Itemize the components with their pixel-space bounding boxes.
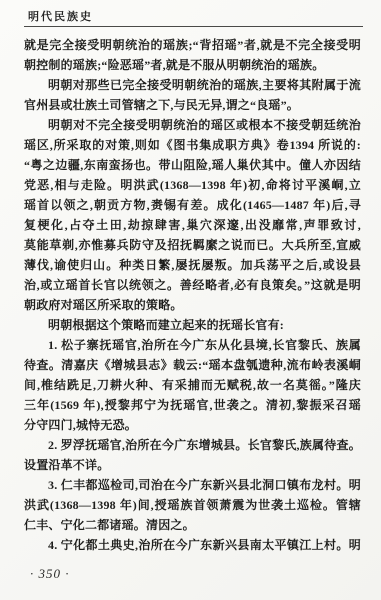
body-text: 就是完全接受明朝统治的瑶族;“背招瑶”者,就是不完全接受明 朝控制的瑶族;“险恶…: [24, 35, 361, 555]
book-page: 明代民族史 就是完全接受明朝统治的瑶族;“背招瑶”者,就是不完全接受明 朝控制的…: [0, 0, 381, 600]
text-line: 明朝对不完全接受明朝统治的瑶区或根本不接受朝廷统治的: [24, 115, 361, 135]
text-line: 3. 仁丰都巡检司,司治在今广东新兴县北洞口镇布龙村。明: [24, 475, 361, 495]
text-line: 间,椎结跣足,刀耕火种、有采捕而无赋税,故一名莫徭。”隆庆: [24, 375, 361, 395]
text-line: 2. 罗浮抚瑶官,治所在今广东增城县。长官黎氏,族属待查。: [24, 435, 361, 455]
text-line: 三年(1569 年),授黎邦宁为抚瑶官,世袭之。清初,黎振采召瑶: [24, 395, 361, 415]
text-line: 明朝根据这个策略而建立起来的抚瑶长官有:: [24, 315, 361, 335]
text-line: “粤之边疆,东南蛮扬也。带山阻险,瑶人巢伏其中。僮人亦因结: [24, 155, 361, 175]
text-line: 瑶区,所采取的对策,则如《图书集成职方典》卷1394 所说的:: [24, 135, 361, 155]
text-line: 官州县或壮族土司管辖之下,与民无异,谓之“良瑶”。: [24, 95, 361, 115]
text-line: 党恶,相与走险。明洪武(1368—1398 年)初,命将讨平溪峒,立: [24, 175, 361, 195]
text-line: 朝控制的瑶族;“险恶瑶”者,就是不服从明朝统治的瑶族。: [24, 55, 361, 75]
text-line: 瑶首以领之,朝贡方物,赉锡有差。成化(1465—1487 年)后,寻: [24, 195, 361, 215]
text-line: 待查。清嘉庆《增城县志》载云:“瑶本盘瓠遗种,流布岭表溪峒: [24, 355, 361, 375]
text-line: 1. 松子寨抚瑶官,治所在今广东从化县境,长官黎氏、族属: [24, 335, 361, 355]
text-line: 朝政府对瑶区所采取的策略。: [24, 295, 361, 315]
text-line: 就是完全接受明朝统治的瑶族;“背招瑶”者,就是不完全接受明: [24, 35, 361, 55]
text-line: 分守四门,城恃无恐。: [24, 415, 361, 435]
text-line: 薄伐,谕使归山。种类日繁,屡抚屡叛。加兵荡平之后,或设县: [24, 255, 361, 275]
header-rule: [24, 26, 363, 27]
text-line: 明朝对那些已完全接受明朝统治的瑶族,主要将其附属于流: [24, 75, 361, 95]
running-header-book-title: 明代民族史: [28, 8, 93, 24]
text-line: 4. 宁化都土典史,治所在今广东新兴县南太平镇江上村。明: [24, 535, 361, 555]
page-number: · 350 ·: [30, 566, 70, 582]
text-line: 治,或立瑶首长官以统领之。善经略者,必有良策矣。”这就是明: [24, 275, 361, 295]
text-line: 复梗化,占夺土田,劫掠肆害,巢穴深邃,出没靡常,声罪致讨,: [24, 215, 361, 235]
text-line: 仁丰、宁化二都诸瑶。清因之。: [24, 515, 361, 535]
text-line: 设置沿革不详。: [24, 455, 361, 475]
text-line: 莫能草剃,亦惟募兵防守及招抚羁縻之说而已。大兵所至,宣威: [24, 235, 361, 255]
text-line: 洪武(1368—1398 年)间,授瑶族首领萧震为世袭土巡检。管辖: [24, 495, 361, 515]
